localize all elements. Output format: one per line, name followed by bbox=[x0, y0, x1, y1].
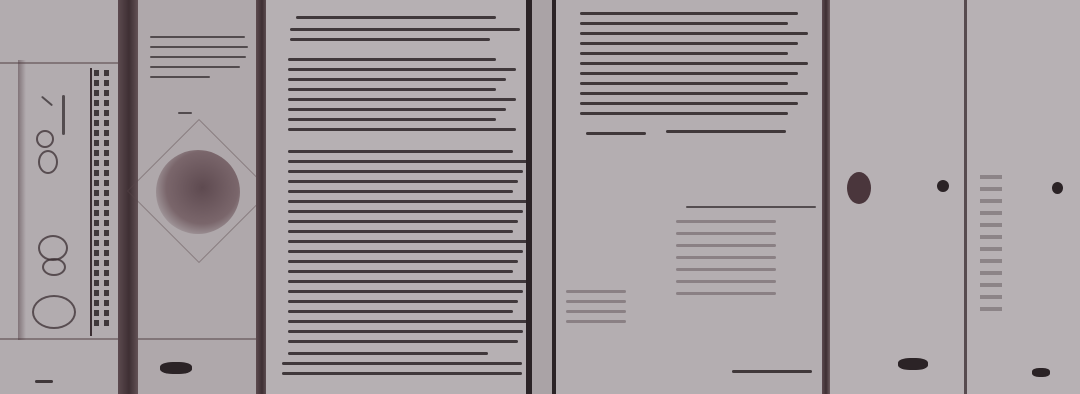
handwriting-line bbox=[732, 370, 812, 373]
handwriting-line bbox=[150, 36, 245, 38]
handwriting-line bbox=[288, 250, 523, 253]
fold-line bbox=[138, 338, 258, 340]
handwriting-line bbox=[288, 280, 528, 283]
handwriting-line bbox=[580, 102, 798, 105]
vertical-fold bbox=[964, 0, 967, 394]
flourish-mark bbox=[42, 258, 66, 276]
handwriting-line bbox=[566, 310, 626, 313]
handwriting-line bbox=[288, 160, 528, 163]
panel-signature-page bbox=[556, 0, 824, 394]
handwriting-line bbox=[288, 78, 506, 81]
flourish-mark bbox=[36, 130, 54, 148]
vertical-script bbox=[94, 70, 99, 330]
handwriting-line bbox=[288, 118, 496, 121]
handwriting-line bbox=[150, 76, 210, 78]
handwriting-line bbox=[676, 268, 776, 271]
handwriting-line bbox=[290, 38, 490, 41]
handwriting-line bbox=[580, 62, 808, 65]
handwriting-line bbox=[580, 82, 788, 85]
handwriting-line bbox=[150, 46, 248, 48]
page-mark bbox=[178, 112, 192, 114]
panel-seal-page bbox=[138, 0, 258, 394]
handwriting-line bbox=[288, 98, 516, 101]
handwriting-line bbox=[288, 290, 523, 293]
handwriting-line bbox=[288, 58, 496, 61]
handwriting-line bbox=[288, 210, 523, 213]
handwriting-line bbox=[580, 52, 788, 55]
handwriting-line bbox=[288, 330, 523, 333]
handwriting-line bbox=[288, 170, 523, 173]
vertical-script bbox=[104, 70, 109, 330]
handwriting-line bbox=[676, 232, 776, 235]
handwriting-line bbox=[686, 206, 816, 208]
ink-stroke bbox=[41, 96, 53, 107]
handwriting-line bbox=[288, 200, 528, 203]
handwriting-line bbox=[288, 320, 528, 323]
handwriting-line bbox=[580, 112, 788, 115]
wax-seal bbox=[156, 150, 240, 234]
panel-left-strip bbox=[0, 0, 122, 394]
handwriting-line bbox=[290, 28, 520, 31]
handwriting-line bbox=[150, 56, 246, 58]
ink-blot bbox=[160, 362, 192, 374]
handwriting-line bbox=[288, 108, 506, 111]
handwriting-line bbox=[150, 66, 240, 68]
handwriting-line bbox=[586, 132, 646, 135]
ink-blot bbox=[847, 172, 871, 204]
handwriting-line bbox=[566, 320, 626, 323]
panel-blank-sheet bbox=[830, 0, 1080, 394]
ink-blot bbox=[898, 358, 928, 370]
handwriting-line bbox=[580, 22, 788, 25]
handwriting-line bbox=[566, 300, 626, 303]
ink-dot bbox=[1052, 182, 1063, 194]
handwriting-line bbox=[288, 190, 513, 193]
faded-marks bbox=[980, 175, 1002, 315]
page-edge-stain bbox=[822, 0, 830, 394]
handwriting-line bbox=[676, 244, 776, 247]
handwriting-line bbox=[288, 68, 516, 71]
handwriting-line bbox=[296, 16, 496, 19]
handwriting-line bbox=[288, 128, 516, 131]
handwriting-line bbox=[288, 220, 518, 223]
handwriting-line bbox=[580, 72, 798, 75]
handwriting-line bbox=[288, 270, 513, 273]
handwriting-line bbox=[288, 340, 518, 343]
flourish-mark bbox=[32, 295, 76, 329]
handwriting-line bbox=[566, 290, 626, 293]
handwriting-line bbox=[288, 88, 496, 91]
handwriting-line bbox=[288, 260, 518, 263]
handwriting-line bbox=[288, 352, 488, 355]
handwriting-line bbox=[282, 362, 522, 365]
gutter bbox=[532, 0, 554, 394]
handwriting-line bbox=[580, 12, 798, 15]
handwriting-line bbox=[288, 180, 518, 183]
ink-dot bbox=[937, 180, 949, 192]
manuscript-photo: Photograph of aged handwritten manuscrip… bbox=[0, 0, 1080, 394]
handwriting-line bbox=[288, 300, 518, 303]
ink-stroke bbox=[62, 95, 65, 135]
handwriting-line bbox=[580, 42, 798, 45]
handwriting-line bbox=[288, 240, 528, 243]
handwriting-line bbox=[288, 150, 513, 153]
handwriting-line bbox=[288, 230, 513, 233]
handwriting-line bbox=[676, 292, 776, 295]
handwriting-line bbox=[676, 280, 776, 283]
handwriting-line bbox=[676, 256, 776, 259]
handwriting-line bbox=[282, 372, 522, 375]
flourish-mark bbox=[38, 150, 58, 174]
handwriting-line bbox=[580, 92, 808, 95]
handwriting-line bbox=[676, 220, 776, 223]
handwriting-line bbox=[580, 32, 808, 35]
handwriting-line bbox=[288, 310, 513, 313]
stain-shadow bbox=[18, 60, 26, 340]
ink-blot bbox=[35, 380, 53, 383]
handwriting-line bbox=[666, 130, 786, 133]
ink-blot bbox=[1032, 368, 1050, 377]
margin-rule bbox=[90, 68, 92, 336]
panel-text-page bbox=[266, 0, 530, 394]
